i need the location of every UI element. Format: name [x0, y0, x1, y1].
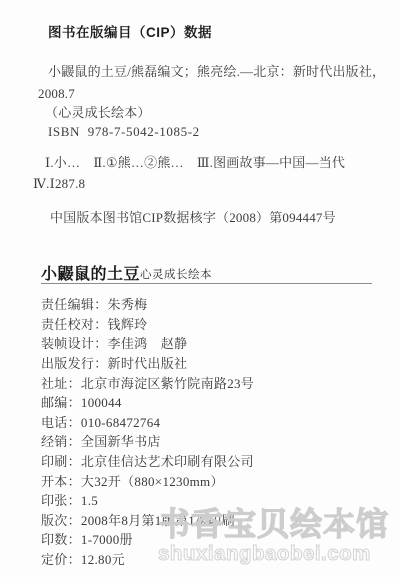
row-value: 北京市海淀区紫竹院南路23号: [81, 376, 254, 391]
cip-line-bibliographic: 小鼹鼠的土豆/熊磊编文；熊亮绘.—北京：新时代出版社，: [48, 65, 385, 80]
colophon-row-print-run: 印数：1-7000册: [41, 529, 133, 548]
row-label: 社址：: [41, 376, 81, 391]
colophon-row-proofreader: 责任校对：钱辉玲: [41, 314, 147, 333]
colophon-row-designer: 装帧设计：李佳鸿 赵静: [41, 333, 187, 352]
row-value: 大32开（880×1230mm）: [81, 474, 224, 489]
cip-line-year: 2008.7: [38, 87, 75, 102]
colophon-row-price: 定价：12.80元: [41, 549, 125, 568]
colophon-row-address: 社址：北京市海淀区紫竹院南路23号: [41, 373, 254, 392]
row-label: 开本：: [41, 474, 81, 489]
row-label: 装帧设计：: [41, 336, 108, 351]
cip-line-classification: Ⅰ.小… Ⅱ.①熊…②熊… Ⅲ.图画故事—中国—当代: [45, 156, 345, 171]
watermark-url-text: shuxiangbaobei.com: [158, 544, 400, 565]
row-label: 邮编：: [41, 395, 81, 410]
cip-line-class-number: Ⅳ.Ⅰ287.8: [33, 177, 85, 192]
row-label: 印张：: [41, 493, 81, 508]
row-value: 12.80元: [81, 552, 125, 567]
colophon-row-phone: 电话：010-68472764: [41, 412, 160, 431]
cip-line-series: （心灵成长绘本）: [45, 106, 151, 121]
colophon-row-edition: 版次：2008年8月第1版第1次印刷: [41, 510, 235, 529]
colophon-row-sheets: 印张：1.5: [41, 490, 98, 509]
row-value: 钱辉玲: [108, 317, 148, 332]
row-label: 责任校对：: [41, 317, 108, 332]
cip-line-record-number: 中国版本图书馆CIP数据核字（2008）第094447号: [50, 211, 336, 226]
row-label: 印数：: [41, 532, 81, 547]
cip-heading: 图书在版编目（CIP）数据: [48, 21, 212, 41]
row-value: 北京佳信达艺术印刷有限公司: [81, 454, 254, 469]
row-label: 电话：: [41, 415, 81, 430]
row-label: 印刷：: [41, 454, 81, 469]
book-copyright-page: 图书在版编目（CIP）数据 小鼹鼠的土豆/熊磊编文；熊亮绘.—北京：新时代出版社…: [0, 0, 400, 577]
cip-line-isbn: ISBN 978-7-5042-1085-2: [48, 125, 200, 140]
row-value: 朱秀梅: [108, 297, 148, 312]
row-label: 责任编辑：: [41, 297, 108, 312]
row-label: 版次：: [41, 513, 81, 528]
row-value: 新时代出版社: [108, 356, 188, 371]
series-title: 心灵成长绘本: [140, 266, 212, 282]
colophon-row-publisher: 出版发行：新时代出版社: [41, 353, 187, 372]
row-value: 李佳鸿 赵静: [108, 336, 188, 351]
row-label: 出版发行：: [41, 356, 108, 371]
row-value: 100044: [81, 395, 122, 410]
row-value: 2008年8月第1版第1次印刷: [81, 513, 235, 528]
book-title: 小鼹鼠的土豆: [41, 261, 140, 284]
colophon-row-format: 开本：大32开（880×1230mm）: [41, 471, 224, 490]
colophon-row-postcode: 邮编：100044: [41, 392, 122, 411]
row-label: 经销：: [41, 434, 81, 449]
colophon-row-editor: 责任编辑：朱秀梅: [41, 294, 147, 313]
row-value: 1-7000册: [81, 532, 133, 547]
row-value: 全国新华书店: [81, 434, 161, 449]
row-value: 010-68472764: [81, 415, 160, 430]
title-divider-rule: [41, 283, 372, 284]
row-label: 定价：: [41, 552, 81, 567]
row-value: 1.5: [81, 493, 98, 508]
colophon-row-distributor: 经销：全国新华书店: [41, 431, 161, 450]
colophon-row-printer: 印刷：北京佳信达艺术印刷有限公司: [41, 451, 254, 470]
